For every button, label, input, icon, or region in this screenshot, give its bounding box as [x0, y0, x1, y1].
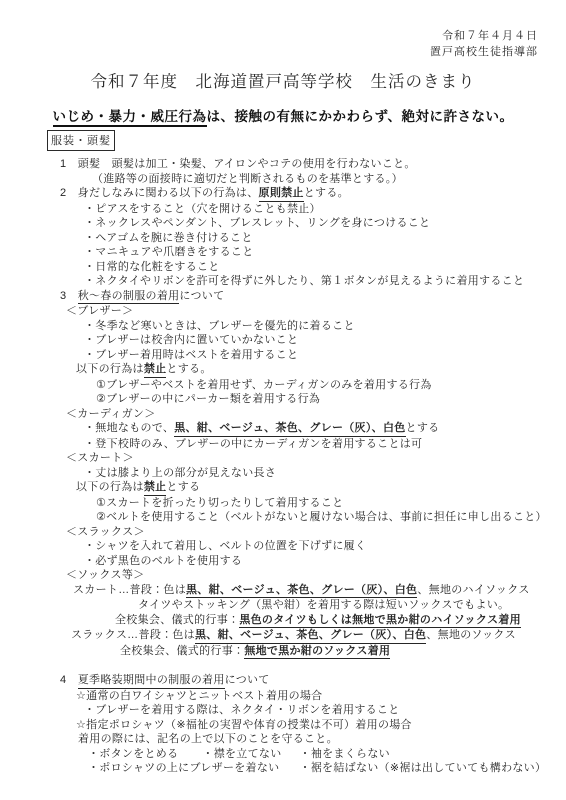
- subheader-socks: ＜ソックス等＞: [0, 568, 566, 583]
- bullet-slacks-shirt: ・シャツを入れて着用し、ベルトの位置を下げずに履く: [0, 539, 566, 554]
- text-segment: ・丈は膝より上の部分が見えない長さ: [84, 466, 276, 481]
- text-segment: 2 身だしなみに関わる以下の行為は、: [60, 186, 259, 201]
- banner-statement: いじめ・暴力・威圧行為は、接触の有無にかかわらず、絶対に許さない。: [0, 105, 566, 125]
- bullet-cardigan-commute: ・登下校時のみ、ブレザーの中にカーディガンを着用することは可: [0, 437, 566, 452]
- document-page: 令和７年４月４日 置戸高校生徒指導部 令和７年度 北海道置戸高等学校 生活のきま…: [0, 0, 566, 800]
- socks-slacks-normal: スラックス…普段：色は黒、紺、ベージュ、茶色、グレー（灰）、白色、無地のソックス: [0, 628, 566, 644]
- text-segment: ＜ブレザー＞: [66, 304, 133, 319]
- text-segment: ＜スカート＞: [66, 451, 134, 466]
- text-segment: ・ヘアゴムを腕に巻き付けること: [84, 231, 253, 246]
- bullet-blazer-winter: ・冬季など寒いときは、ブレザーを優先的に着ること: [0, 319, 566, 334]
- text-segment: ☆通常の白ワイシャツとニットベスト着用の場合: [76, 689, 322, 704]
- text-segment: ・マニキュアや爪磨きをすること: [84, 245, 254, 260]
- document-body: 1 頭髪 頭髪は加工・染髪、アイロンやコテの使用を行わないこと。（進路等の面接時…: [0, 157, 566, 776]
- text-segment: ・襟を立てない: [202, 747, 281, 762]
- rule-4-summer-uniform: 4 夏季略装期間中の制服の着用について: [0, 673, 566, 689]
- section-header-dress-hair: 服装・頭髪: [47, 130, 115, 151]
- skirt-prohibited-1: ①スカートを折ったり切ったりして着用すること: [0, 496, 566, 511]
- rule-1-hair: 1 頭髪 頭髪は加工・染髪、アイロンやコテの使用を行わないこと。: [0, 157, 566, 172]
- summer-case-shirt-vest: ☆通常の白ワイシャツとニットベスト着用の場合: [0, 689, 566, 704]
- text-segment: ・冬季など寒いときは、ブレザーを優先的に着ること: [84, 319, 355, 334]
- text-segment: 、無地のソックス: [426, 628, 516, 643]
- section-header-label: 服装・頭髪: [51, 135, 111, 147]
- text-segment: 禁止: [144, 362, 167, 378]
- text-segment: 着用の際には、記名の上で以下のことを守ること。: [78, 732, 338, 747]
- text-segment: スラックス…普段：色は: [71, 628, 195, 643]
- text-segment: 黒色のタイツもしくは無地で黒か紺のハイソックス着用: [239, 613, 521, 629]
- text-segment: 、無地のハイソックス: [417, 583, 529, 598]
- bullet-hairband: ・ヘアゴムを腕に巻き付けること: [0, 231, 566, 246]
- text-segment: について: [179, 289, 224, 304]
- document-meta: 令和７年４月４日 置戸高校生徒指導部: [0, 28, 566, 60]
- subheader-cardigan: ＜カーディガン＞: [0, 407, 566, 422]
- bullet-piercing: ・ピアスをすること（穴を開けることも禁止）: [0, 202, 566, 217]
- text-segment: 無地で黒か紺のソックス着用: [244, 644, 390, 660]
- text-segment: （進路等の面接時に適切だと判断されるものを基準とする。）: [92, 172, 403, 187]
- rule-3-autumn-spring-uniform: 3 秋～春の制服の着用について: [0, 289, 566, 305]
- bullet-necklace: ・ネックレスやペンダント、ブレスレット、リングを身につけること: [0, 216, 566, 231]
- text-segment: とする: [166, 480, 200, 495]
- text-segment: ・ネクタイやリボンを許可を得ずに外したり、第１ボタンが見えるように着用すること: [84, 274, 524, 289]
- subheader-skirt: ＜スカート＞: [0, 451, 566, 466]
- text-segment: ＜ソックス等＞: [66, 568, 144, 583]
- text-segment: ・裾を結ばない（※裾は出していても構わない）: [299, 761, 546, 776]
- text-segment: 以下の行為は: [76, 362, 144, 377]
- text-segment: 黒、紺、ベージュ、茶色、グレー（灰）、白色: [186, 583, 417, 599]
- text-segment: ・ブレザー着用時はベストを着用すること: [84, 348, 298, 363]
- text-segment: 禁止: [144, 480, 167, 496]
- bullet-necktie: ・ネクタイやリボンを許可を得ずに外したり、第１ボタンが見えるように着用すること: [0, 274, 566, 289]
- text-segment: ①ブレザーやベストを着用せず、カーディガンのみを着用する行為: [96, 378, 432, 393]
- bullet-skirt-length: ・丈は膝より上の部分が見えない長さ: [0, 466, 566, 481]
- text-segment: ＜カーディガン＞: [66, 407, 156, 422]
- bullet-summer-blazer-tie: ・ブレザーを着用する際は、ネクタイ・リボンを着用すること: [0, 703, 566, 718]
- polo-rules-lead: 着用の際には、記名の上で以下のことを守ること。: [0, 732, 566, 747]
- text-segment: ・袖をまくらない: [300, 747, 390, 762]
- socks-skirt-normal: スカート…普段：色は黒、紺、ベージュ、茶色、グレー（灰）、白色、無地のハイソック…: [0, 583, 566, 599]
- bullet-makeup: ・日常的な化粧をすること: [0, 260, 566, 275]
- text-segment: ・ポロシャツの上にブレザーを着ない: [88, 761, 279, 776]
- text-segment: ＜スラックス＞: [66, 525, 145, 540]
- text-segment: ・日常的な化粧をすること: [84, 260, 220, 275]
- text-segment: 1 頭髪 頭髪は加工・染髪、アイロンやコテの使用を行わないこと。: [60, 157, 416, 172]
- banner-underlined-text: いじめ・暴力・威圧行為: [53, 109, 207, 127]
- text-segment: ②ベルトを使用すること（ベルトがないと履けない場合は、事前に担任に申し出ること）: [96, 510, 547, 525]
- blazer-prohibited-lead: 以下の行為は禁止とする。: [0, 362, 566, 378]
- document-date: 令和７年４月４日: [0, 28, 538, 44]
- text-segment: ・ブレザーは校舎内に置いていかないこと: [84, 333, 298, 348]
- text-segment: 3: [60, 289, 78, 304]
- subheader-slacks: ＜スラックス＞: [0, 525, 566, 540]
- socks-skirt-tights-note: タイツやストッキング（黒や紺）を着用する際は短いソックスでもよい。: [0, 598, 566, 613]
- text-segment: 全校集会、儀式的行事：: [115, 613, 239, 628]
- socks-slacks-ceremony: 全校集会、儀式的行事：無地で黒か紺のソックス着用: [0, 644, 566, 660]
- blazer-prohibited-2: ②ブレザーの中にパーカー類を着用する行為: [0, 392, 566, 407]
- text-segment: ・登下校時のみ、ブレザーの中にカーディガンを着用することは可: [84, 437, 422, 452]
- subheader-blazer: ＜ブレザー＞: [0, 304, 566, 319]
- text-segment: ①スカートを折ったり切ったりして着用すること: [96, 496, 343, 511]
- text-segment: について: [225, 673, 270, 688]
- text-segment: スカート…普段：色は: [73, 583, 186, 598]
- text-segment: とする。: [304, 186, 349, 201]
- text-segment: タイツやストッキング（黒や紺）を着用する際は短いソックスでもよい。: [138, 598, 509, 613]
- text-segment: 全校集会、儀式的行事：: [120, 644, 244, 659]
- text-segment: 夏季略装期間中の制服の着用: [78, 673, 225, 689]
- text-segment: とする: [406, 421, 440, 436]
- text-segment: 以下の行為は: [76, 480, 144, 495]
- text-segment: ②ブレザーの中にパーカー類を着用する行為: [96, 392, 320, 407]
- bullet-slacks-belt: ・必ず黒色のベルトを使用する: [0, 554, 566, 569]
- rule-2-grooming: 2 身だしなみに関わる以下の行為は、原則禁止とする。: [0, 186, 566, 202]
- summer-case-polo: ☆指定ポロシャツ（※福祉の実習や体育の授業は不可）着用の場合: [0, 718, 566, 733]
- text-segment: ・ボタンをとめる: [88, 747, 178, 762]
- section-header-row: 服装・頭髪: [47, 130, 566, 151]
- socks-skirt-ceremony: 全校集会、儀式的行事：黒色のタイツもしくは無地で黒か紺のハイソックス着用: [0, 613, 566, 629]
- text-segment: ・ブレザーを着用する際は、ネクタイ・リボンを着用すること: [84, 703, 400, 718]
- text-segment: 黒、紺、ベージュ、茶色、グレー（灰）、白色: [174, 421, 405, 437]
- text-segment: 黒、紺、ベージュ、茶色、グレー（灰）、白色: [195, 628, 426, 644]
- polo-rules-row-2: ・ポロシャツの上にブレザーを着ない・裾を結ばない（※裾は出していても構わない）: [0, 761, 566, 776]
- text-segment: ☆指定ポロシャツ（※福祉の実習や体育の授業は不可）着用の場合: [76, 718, 412, 733]
- text-segment: ・ピアスをすること（穴を開けることも禁止）: [84, 202, 321, 217]
- text-segment: 原則禁止: [259, 186, 304, 202]
- bullet-blazer-vest: ・ブレザー着用時はベストを着用すること: [0, 348, 566, 363]
- text-segment: ・ネックレスやペンダント、ブレスレット、リングを身につけること: [84, 216, 430, 231]
- text-segment: 4: [60, 673, 78, 688]
- document-title: 令和７年度 北海道置戸高等学校 生活のきまり: [0, 68, 566, 92]
- blazer-prohibited-1: ①ブレザーやベストを着用せず、カーディガンのみを着用する行為: [0, 378, 566, 393]
- document-department: 置戸高校生徒指導部: [0, 44, 538, 60]
- rule-1-note: （進路等の面接時に適切だと判断されるものを基準とする。）: [0, 172, 566, 187]
- polo-rules-row-1: ・ボタンをとめる・襟を立てない・袖をまくらない: [0, 747, 566, 762]
- bullet-blazer-not-leave: ・ブレザーは校舎内に置いていかないこと: [0, 333, 566, 348]
- bullet-cardigan-colors: ・無地なもので、黒、紺、ベージュ、茶色、グレー（灰）、白色とする: [0, 421, 566, 437]
- text-segment: ・シャツを入れて着用し、ベルトの位置を下げずに履く: [84, 539, 366, 554]
- text-segment: ・無地なもので、: [84, 421, 174, 436]
- text-segment: ・必ず黒色のベルトを使用する: [84, 554, 242, 569]
- banner-rest-text: は、接触の有無にかかわらず、絶対に許さない。: [207, 109, 514, 124]
- skirt-prohibited-lead: 以下の行為は禁止とする: [0, 480, 566, 496]
- text-segment: 秋～春の制服の着用: [78, 289, 180, 305]
- skirt-prohibited-2: ②ベルトを使用すること（ベルトがないと履けない場合は、事前に担任に申し出ること）: [0, 510, 566, 525]
- bullet-manicure: ・マニキュアや爪磨きをすること: [0, 245, 566, 260]
- text-segment: とする。: [166, 362, 211, 377]
